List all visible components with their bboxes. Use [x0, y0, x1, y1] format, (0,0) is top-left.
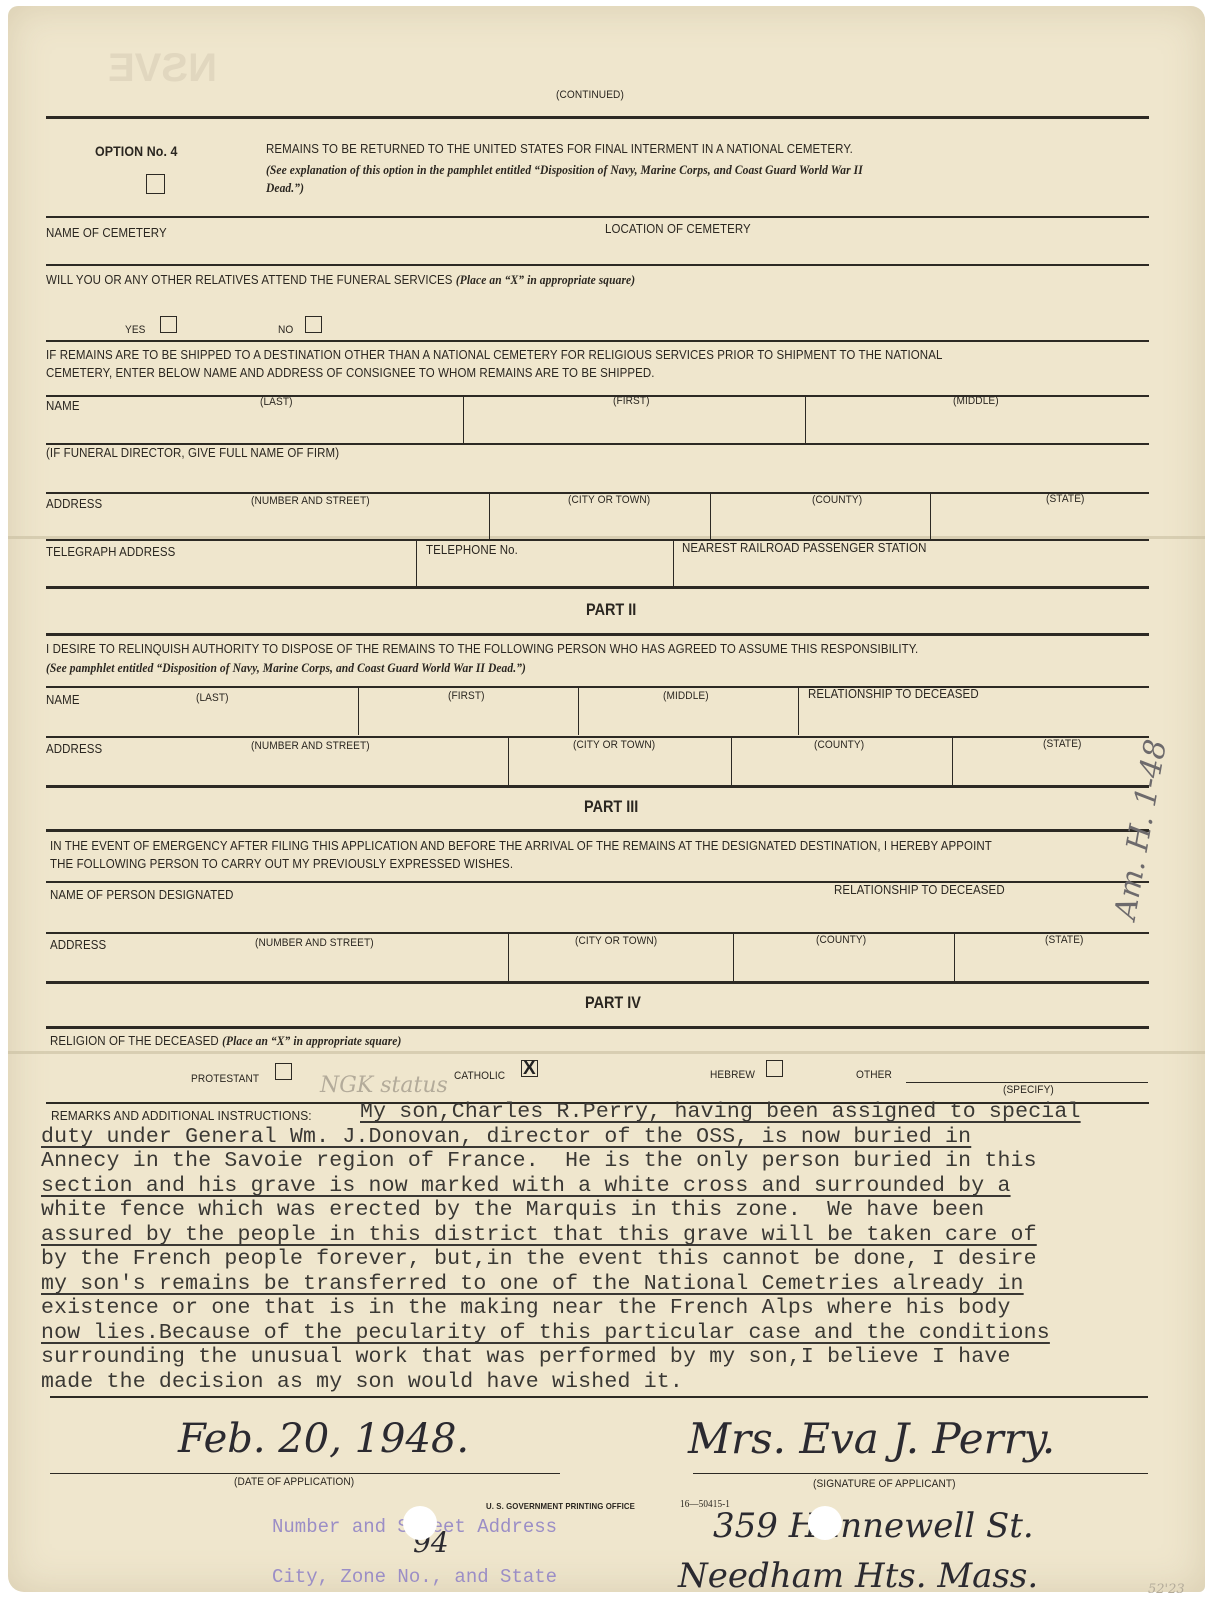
consignee-intro: IF REMAINS ARE TO BE SHIPPED TO A DESTIN…: [46, 348, 942, 362]
field-divider: [489, 493, 490, 539]
city-zone-state-stamp: City, Zone No., and State: [272, 1566, 557, 1588]
part-2-state-label[interactable]: (STATE): [1043, 738, 1081, 750]
funeral-director-label[interactable]: (IF FUNERAL DIRECTOR, GIVE FULL NAME OF …: [46, 446, 339, 460]
part-2-first-label[interactable]: (FIRST): [448, 690, 485, 702]
field-divider: [508, 933, 509, 981]
consignee-first-label[interactable]: (FIRST): [613, 395, 650, 407]
divider: [46, 686, 1149, 688]
remarks-line: assured by the people in this district t…: [41, 1223, 1037, 1247]
protestant-checkbox[interactable]: [275, 1063, 292, 1080]
divider: [46, 443, 1149, 445]
date-line: [50, 1473, 560, 1474]
field-divider: [805, 396, 806, 444]
date-of-application-value[interactable]: Feb. 20, 1948.: [178, 1416, 469, 1462]
field-divider: [952, 737, 953, 785]
field-divider: [954, 933, 955, 981]
telegraph-label[interactable]: TELEGRAPH ADDRESS: [46, 545, 175, 559]
divider: [46, 736, 1149, 738]
specify-label: (SPECIFY): [1003, 1084, 1054, 1096]
catholic-label: CATHOLIC: [454, 1070, 505, 1082]
divider: [46, 340, 1149, 342]
field-divider: [463, 396, 464, 444]
field-divider: [673, 540, 674, 588]
divider: [46, 216, 1149, 218]
consignee-city-label[interactable]: (CITY OR TOWN): [568, 494, 650, 506]
remarks-line: by the French people forever, but,in the…: [41, 1247, 1037, 1271]
part-3-city-label[interactable]: (CITY OR TOWN): [575, 935, 657, 947]
hebrew-label: HEBREW: [710, 1069, 755, 1081]
option-4-title: REMAINS TO BE RETURNED TO THE UNITED STA…: [266, 142, 853, 156]
part-2-text: I DESIRE TO RELINQUISH AUTHORITY TO DISP…: [46, 642, 918, 656]
part-3-heading: PART III: [584, 797, 638, 817]
option-4-checkbox[interactable]: [146, 174, 165, 194]
divider: [46, 1026, 1149, 1029]
date-of-application-label: (DATE OF APPLICATION): [234, 1476, 354, 1488]
yes-label: YES: [125, 324, 146, 336]
cemetery-name-label: NAME OF CEMETERY: [46, 226, 167, 240]
form-page: NSVE (CONTINUED) OPTION No. 4 REMAINS TO…: [8, 6, 1205, 1592]
field-divider: [798, 687, 799, 735]
consignee-name-label: NAME: [46, 399, 80, 413]
field-divider: [733, 933, 734, 981]
consignee-street-label[interactable]: (NUMBER AND STREET): [251, 495, 370, 507]
funeral-instruction: (Place an “X” in appropriate square): [456, 273, 635, 287]
corner-note: 52'23: [1148, 1582, 1185, 1597]
part-3-state-label[interactable]: (STATE): [1045, 934, 1083, 946]
religion-question: RELIGION OF THE DECEASED (Place an “X” i…: [50, 1034, 401, 1049]
remarks-line: surrounding the unusual work that was pe…: [41, 1345, 1011, 1369]
remarks-line: now lies.Because of the pecularity of th…: [41, 1321, 1050, 1345]
remarks-line: white fence which was erected by the Mar…: [41, 1198, 984, 1222]
funeral-question: WILL YOU OR ANY OTHER RELATIVES ATTEND T…: [46, 273, 635, 288]
part-2-address-label: ADDRESS: [46, 742, 102, 756]
city-state-value[interactable]: Needham Hts. Mass.: [678, 1556, 1038, 1596]
protestant-label: PROTESTANT: [191, 1073, 259, 1085]
designated-name-label[interactable]: NAME OF PERSON DESIGNATED: [50, 888, 234, 902]
continued-label: (CONTINUED): [556, 89, 624, 101]
part-2-last-label[interactable]: (LAST): [196, 692, 229, 704]
part-2-name-label: NAME: [46, 693, 80, 707]
signature-label: (SIGNATURE OF APPLICANT): [813, 1478, 956, 1490]
divider: [46, 539, 1149, 541]
option-4-label: OPTION No. 4: [95, 144, 178, 159]
cemetery-location-label: LOCATION OF CEMETERY: [605, 222, 751, 236]
catholic-checkbox[interactable]: [521, 1060, 538, 1077]
part-3-text-cont: THE FOLLOWING PERSON TO CARRY OUT MY PRE…: [50, 857, 513, 871]
part-3-county-label[interactable]: (COUNTY): [816, 934, 866, 946]
fold-line: [8, 1051, 1205, 1054]
consignee-last-label[interactable]: (LAST): [260, 396, 293, 408]
consignee-county-label[interactable]: (COUNTY): [812, 494, 862, 506]
consignee-state-label[interactable]: (STATE): [1046, 493, 1084, 505]
part-4-heading: PART IV: [585, 993, 641, 1013]
part-2-city-label[interactable]: (CITY OR TOWN): [573, 739, 655, 751]
consignee-address-label: ADDRESS: [46, 497, 102, 511]
field-divider: [358, 687, 359, 735]
field-divider: [508, 737, 509, 785]
remarks-line: my son's remains be transferred to one o…: [41, 1272, 1024, 1296]
pencil-note: NGK status: [320, 1073, 448, 1098]
divider: [46, 586, 1149, 589]
punch-hole: [403, 1506, 437, 1540]
remarks-end-line: [50, 1396, 1148, 1398]
divider: [46, 116, 1149, 119]
hebrew-checkbox[interactable]: [766, 1060, 783, 1077]
railroad-label[interactable]: NEAREST RAILROAD PASSENGER STATION: [682, 541, 926, 555]
telephone-label[interactable]: TELEPHONE No.: [426, 543, 518, 557]
part-2-heading: PART II: [586, 600, 636, 620]
yes-checkbox[interactable]: [160, 316, 177, 333]
part-2-relationship-label[interactable]: RELATIONSHIP TO DECEASED: [808, 687, 979, 701]
remarks-line: Annecy in the Savoie region of France. H…: [41, 1149, 1037, 1173]
divider: [46, 633, 1149, 636]
part-2-middle-label[interactable]: (MIDDLE): [663, 690, 709, 702]
applicant-signature[interactable]: Mrs. Eva J. Perry.: [688, 1414, 1055, 1463]
part-2-street-label[interactable]: (NUMBER AND STREET): [251, 740, 370, 752]
remarks-label: REMARKS AND ADDITIONAL INSTRUCTIONS:: [51, 1108, 312, 1123]
printing-office: U. S. GOVERNMENT PRINTING OFFICE: [486, 1501, 635, 1511]
field-divider: [416, 540, 417, 588]
consignee-middle-label[interactable]: (MIDDLE): [953, 395, 999, 407]
part-2-county-label[interactable]: (COUNTY): [814, 739, 864, 751]
field-divider: [578, 687, 579, 735]
no-label: NO: [278, 324, 293, 336]
part-3-address-label: ADDRESS: [50, 938, 106, 952]
divider: [46, 264, 1149, 266]
part-3-text: IN THE EVENT OF EMERGENCY AFTER FILING T…: [50, 839, 992, 853]
remarks-line: duty under General Wm. J.Donovan, direct…: [41, 1125, 971, 1149]
remarks-line: section and his grave is now marked with…: [41, 1174, 1011, 1198]
religion-instruction: (Place an “X” in appropriate square): [222, 1034, 401, 1048]
field-divider: [731, 737, 732, 785]
field-divider: [930, 493, 931, 539]
bleed-through-text: NSVE: [108, 46, 217, 91]
street-address-value[interactable]: 359 Hunnewell St.: [713, 1506, 1034, 1546]
divider: [46, 829, 1149, 832]
divider: [46, 785, 1149, 788]
consignee-intro-cont: CEMETERY, ENTER BELOW NAME AND ADDRESS O…: [46, 366, 655, 380]
part-3-street-label[interactable]: (NUMBER AND STREET): [255, 937, 374, 949]
punch-hole: [808, 1506, 842, 1540]
option-4-note-cont: Dead.”): [266, 181, 304, 196]
no-checkbox[interactable]: [305, 316, 322, 333]
other-label: OTHER: [856, 1069, 892, 1081]
field-divider: [710, 493, 711, 539]
divider: [46, 932, 1149, 934]
remarks-line: existence or one that is in the making n…: [41, 1296, 1011, 1320]
part-3-relationship-label[interactable]: RELATIONSHIP TO DECEASED: [834, 883, 1005, 897]
remarks-line: made the decision as my son would have w…: [41, 1370, 683, 1394]
option-4-note: (See explanation of this option in the p…: [266, 163, 863, 178]
part-2-note: (See pamphlet entitled “Disposition of N…: [46, 661, 526, 676]
divider: [46, 981, 1149, 984]
signature-line: [693, 1473, 1148, 1474]
remarks-line: My son,Charles R.Perry, having been assi…: [360, 1100, 1081, 1124]
